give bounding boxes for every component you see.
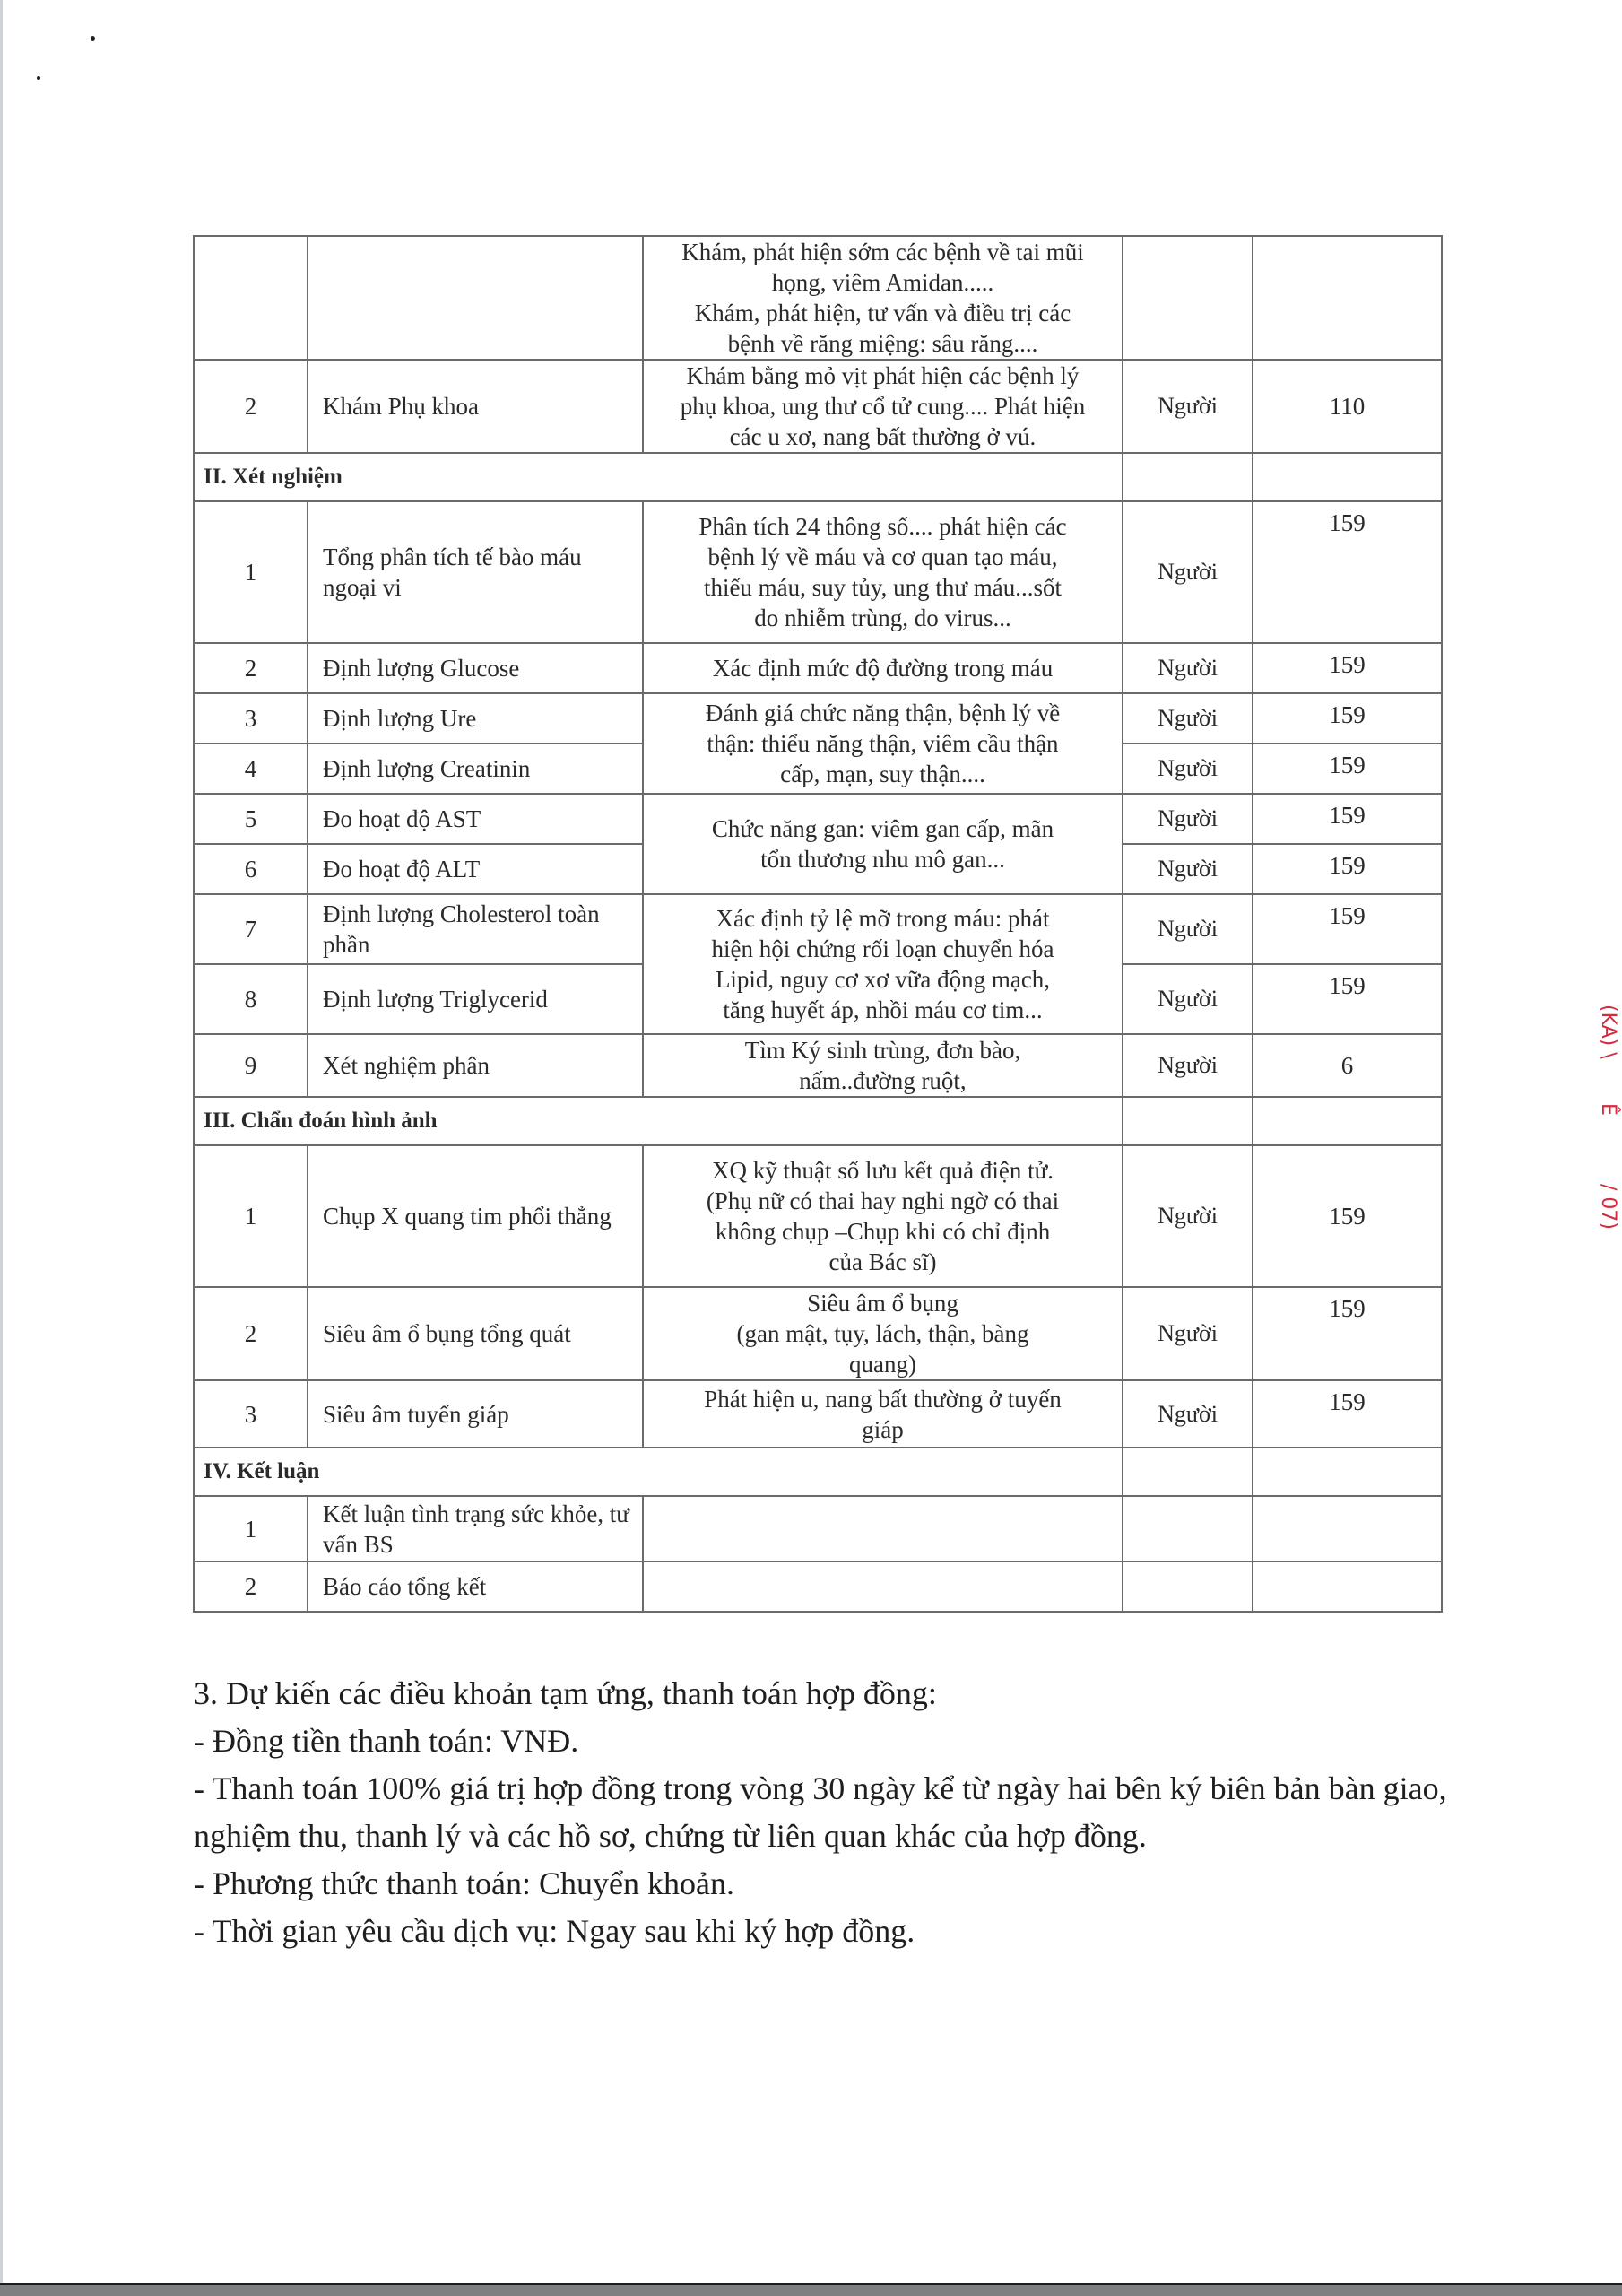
terms-service-time: - Thời gian yêu cầu dịch vụ: Ngay sau kh… [194, 1908, 1467, 1955]
scan-bottom-edge [0, 2283, 1622, 2296]
description-line: Khám, phát hiện sớm các bệnh về tai mũi [653, 237, 1113, 267]
description-line: của Bác sĩ) [653, 1247, 1113, 1277]
service-description: Đánh giá chức năng thận, bệnh lý vềthận:… [643, 693, 1123, 794]
row-number [194, 236, 308, 360]
row-number: 2 [194, 360, 308, 453]
service-name: Tổng phân tích tế bào máu ngoại vi [308, 501, 643, 643]
unit: Người [1123, 501, 1253, 643]
section-title: IV. Kết luận [194, 1448, 1123, 1496]
quantity: 159 [1253, 744, 1442, 794]
unit [1123, 1496, 1253, 1561]
service-description [643, 1561, 1123, 1612]
description-line: Khám, phát hiện, tư vấn và điều trị các [653, 298, 1113, 328]
description-line: Đánh giá chức năng thận, bệnh lý về [653, 698, 1113, 728]
service-name: Định lượng Cholesterol toàn phần [308, 894, 643, 964]
description-line: (Phụ nữ có thai hay nghi ngờ có thai [653, 1186, 1113, 1216]
table-row: 2Siêu âm ổ bụng tổng quátSiêu âm ổ bụng(… [194, 1287, 1442, 1380]
description-line: Phát hiện u, nang bất thường ở tuyến [653, 1384, 1113, 1414]
section-title: III. Chẩn đoán hình ảnh [194, 1097, 1123, 1145]
unit: Người [1123, 360, 1253, 453]
description-line: thiếu máu, suy tủy, ung thư máu...sốt [653, 572, 1113, 603]
quantity: 159 [1253, 501, 1442, 643]
table-row: 3Siêu âm tuyến giápPhát hiện u, nang bất… [194, 1380, 1442, 1448]
table-row: 1Chụp X quang tim phổi thẳngXQ kỹ thuật … [194, 1145, 1442, 1287]
row-number: 9 [194, 1034, 308, 1097]
service-name [308, 236, 643, 360]
table-row: 2Báo cáo tổng kết [194, 1561, 1442, 1612]
description-line: cấp, mạn, suy thận.... [653, 759, 1113, 789]
service-name: Xét nghiệm phân [308, 1034, 643, 1097]
unit: Người [1123, 744, 1253, 794]
description-line: Lipid, nguy cơ xơ vữa động mạch, [653, 964, 1113, 995]
section-row: II. Xét nghiệm [194, 453, 1442, 501]
empty-cell [1253, 453, 1442, 501]
description-line: Phân tích 24 thông số.... phát hiện các [653, 511, 1113, 542]
description-line: XQ kỹ thuật số lưu kết quả điện tử. [653, 1155, 1113, 1186]
service-name: Báo cáo tổng kết [308, 1561, 643, 1612]
service-description [643, 1496, 1123, 1561]
service-name: Định lượng Creatinin [308, 744, 643, 794]
service-description: Tìm Ký sinh trùng, đơn bào,nấm..đường ru… [643, 1034, 1123, 1097]
unit: Người [1123, 1380, 1253, 1448]
scan-speck [37, 76, 40, 80]
description-line: các u xơ, nang bất thường ở vú. [653, 422, 1113, 452]
service-name: Định lượng Ure [308, 693, 643, 744]
unit: Người [1123, 693, 1253, 744]
empty-cell [1123, 453, 1253, 501]
row-number: 8 [194, 964, 308, 1034]
section-row: III. Chẩn đoán hình ảnh [194, 1097, 1442, 1145]
table-row: 5Đo hoạt độ ASTChức năng gan: viêm gan c… [194, 794, 1442, 844]
stamp-text: (KA) \ [1597, 1004, 1619, 1059]
description-line: nấm..đường ruột, [653, 1065, 1113, 1096]
description-line: họng, viêm Amidan..... [653, 267, 1113, 298]
service-table: Khám, phát hiện sớm các bệnh về tai mũih… [193, 235, 1443, 1613]
row-number: 2 [194, 1561, 308, 1612]
quantity: 159 [1253, 964, 1442, 1034]
quantity: 159 [1253, 1287, 1442, 1380]
description-line: Tìm Ký sinh trùng, đơn bào, [653, 1035, 1113, 1065]
description-line: bệnh lý về máu và cơ quan tạo máu, [653, 542, 1113, 572]
description-line: thận: thiểu năng thận, viêm cầu thận [653, 728, 1113, 759]
service-description: Phân tích 24 thông số.... phát hiện cácb… [643, 501, 1123, 643]
quantity: 159 [1253, 1145, 1442, 1287]
row-number: 3 [194, 693, 308, 744]
quantity: 159 [1253, 1380, 1442, 1448]
description-line: Khám bằng mỏ vịt phát hiện các bệnh lý [653, 361, 1113, 391]
description-line: Xác định tỷ lệ mỡ trong máu: phát [653, 903, 1113, 934]
description-line: tổn thương nhu mô gan... [653, 844, 1113, 874]
quantity: 159 [1253, 894, 1442, 964]
row-number: 6 [194, 844, 308, 894]
service-name: Siêu âm ổ bụng tổng quát [308, 1287, 643, 1380]
table-row: 7Định lượng Cholesterol toàn phầnXác địn… [194, 894, 1442, 964]
description-line: (gan mật, tụy, lách, thận, bàng [653, 1318, 1113, 1349]
service-description: Xác định tỷ lệ mỡ trong máu: pháthiện hộ… [643, 894, 1123, 1034]
row-number: 2 [194, 1287, 308, 1380]
quantity [1253, 1496, 1442, 1561]
unit: Người [1123, 794, 1253, 844]
red-stamp-fragment: (KA) \ Ê / 07) [1596, 1004, 1622, 1238]
quantity [1253, 236, 1442, 360]
table-row: 2Khám Phụ khoaKhám bằng mỏ vịt phát hiện… [194, 360, 1442, 453]
scan-speck [91, 36, 95, 41]
row-number: 5 [194, 794, 308, 844]
table-row: 2Định lượng GlucoseXác định mức độ đường… [194, 643, 1442, 693]
unit: Người [1123, 844, 1253, 894]
description-line: không chụp –Chụp khi có chỉ định [653, 1216, 1113, 1247]
unit: Người [1123, 1145, 1253, 1287]
unit: Người [1123, 1287, 1253, 1380]
scan-edge [0, 0, 3, 2296]
description-line: Chức năng gan: viêm gan cấp, mãn [653, 813, 1113, 844]
payment-terms: 3. Dự kiến các điều khoản tạm ứng, thanh… [194, 1670, 1467, 1955]
service-name: Khám Phụ khoa [308, 360, 643, 453]
description-line: quang) [653, 1349, 1113, 1379]
service-description: Phát hiện u, nang bất thường ở tuyếngiáp [643, 1380, 1123, 1448]
unit [1123, 236, 1253, 360]
quantity: 110 [1253, 360, 1442, 453]
row-number: 2 [194, 643, 308, 693]
terms-payment: - Thanh toán 100% giá trị hợp đồng trong… [194, 1765, 1467, 1860]
description-line: Siêu âm ổ bụng [653, 1288, 1113, 1318]
unit: Người [1123, 964, 1253, 1034]
service-description: XQ kỹ thuật số lưu kết quả điện tử.(Phụ … [643, 1145, 1123, 1287]
table-row: 1Kết luận tình trạng sức khỏe, tư vấn BS [194, 1496, 1442, 1561]
terms-method: - Phương thức thanh toán: Chuyển khoản. [194, 1860, 1467, 1908]
service-name: Siêu âm tuyến giáp [308, 1380, 643, 1448]
section-row: IV. Kết luận [194, 1448, 1442, 1496]
row-number: 4 [194, 744, 308, 794]
row-number: 7 [194, 894, 308, 964]
row-number: 1 [194, 1145, 308, 1287]
row-number: 3 [194, 1380, 308, 1448]
stamp-text: Ê [1597, 1103, 1619, 1116]
service-name: Chụp X quang tim phổi thẳng [308, 1145, 643, 1287]
description-line: do nhiễm trùng, do virus... [653, 603, 1113, 633]
quantity: 6 [1253, 1034, 1442, 1097]
service-name: Định lượng Triglycerid [308, 964, 643, 1034]
description-line: tăng huyết áp, nhồi máu cơ tim... [653, 995, 1113, 1025]
description-line: Xác định mức độ đường trong máu [653, 653, 1113, 683]
unit: Người [1123, 643, 1253, 693]
empty-cell [1123, 1097, 1253, 1145]
service-description: Chức năng gan: viêm gan cấp, mãntổn thươ… [643, 794, 1123, 894]
terms-currency: - Đồng tiền thanh toán: VNĐ. [194, 1718, 1467, 1765]
stamp-text: / 07) [1597, 1184, 1619, 1230]
service-name: Đo hoạt độ ALT [308, 844, 643, 894]
service-description: Khám bằng mỏ vịt phát hiện các bệnh lýph… [643, 360, 1123, 453]
row-number: 1 [194, 1496, 308, 1561]
unit: Người [1123, 894, 1253, 964]
service-name: Định lượng Glucose [308, 643, 643, 693]
description-line: hiện hội chứng rối loạn chuyển hóa [653, 934, 1113, 964]
description-line: bệnh về răng miệng: sâu răng.... [653, 328, 1113, 359]
terms-heading: 3. Dự kiến các điều khoản tạm ứng, thanh… [194, 1670, 1467, 1718]
table-row: Khám, phát hiện sớm các bệnh về tai mũih… [194, 236, 1442, 360]
quantity: 159 [1253, 794, 1442, 844]
empty-cell [1123, 1448, 1253, 1496]
section-title: II. Xét nghiệm [194, 453, 1123, 501]
service-description: Xác định mức độ đường trong máu [643, 643, 1123, 693]
description-line: phụ khoa, ung thư cổ tử cung.... Phát hi… [653, 391, 1113, 422]
quantity: 159 [1253, 844, 1442, 894]
row-number: 1 [194, 501, 308, 643]
service-description: Khám, phát hiện sớm các bệnh về tai mũih… [643, 236, 1123, 360]
table-row: 1Tổng phân tích tế bào máu ngoại viPhân … [194, 501, 1442, 643]
quantity: 159 [1253, 643, 1442, 693]
quantity [1253, 1561, 1442, 1612]
quantity: 159 [1253, 693, 1442, 744]
unit: Người [1123, 1034, 1253, 1097]
service-name: Kết luận tình trạng sức khỏe, tư vấn BS [308, 1496, 643, 1561]
table-row: 9Xét nghiệm phânTìm Ký sinh trùng, đơn b… [194, 1034, 1442, 1097]
empty-cell [1253, 1448, 1442, 1496]
table-row: 3Định lượng UreĐánh giá chức năng thận, … [194, 693, 1442, 744]
service-name: Đo hoạt độ AST [308, 794, 643, 844]
service-description: Siêu âm ổ bụng(gan mật, tụy, lách, thận,… [643, 1287, 1123, 1380]
unit [1123, 1561, 1253, 1612]
description-line: giáp [653, 1414, 1113, 1445]
empty-cell [1253, 1097, 1442, 1145]
